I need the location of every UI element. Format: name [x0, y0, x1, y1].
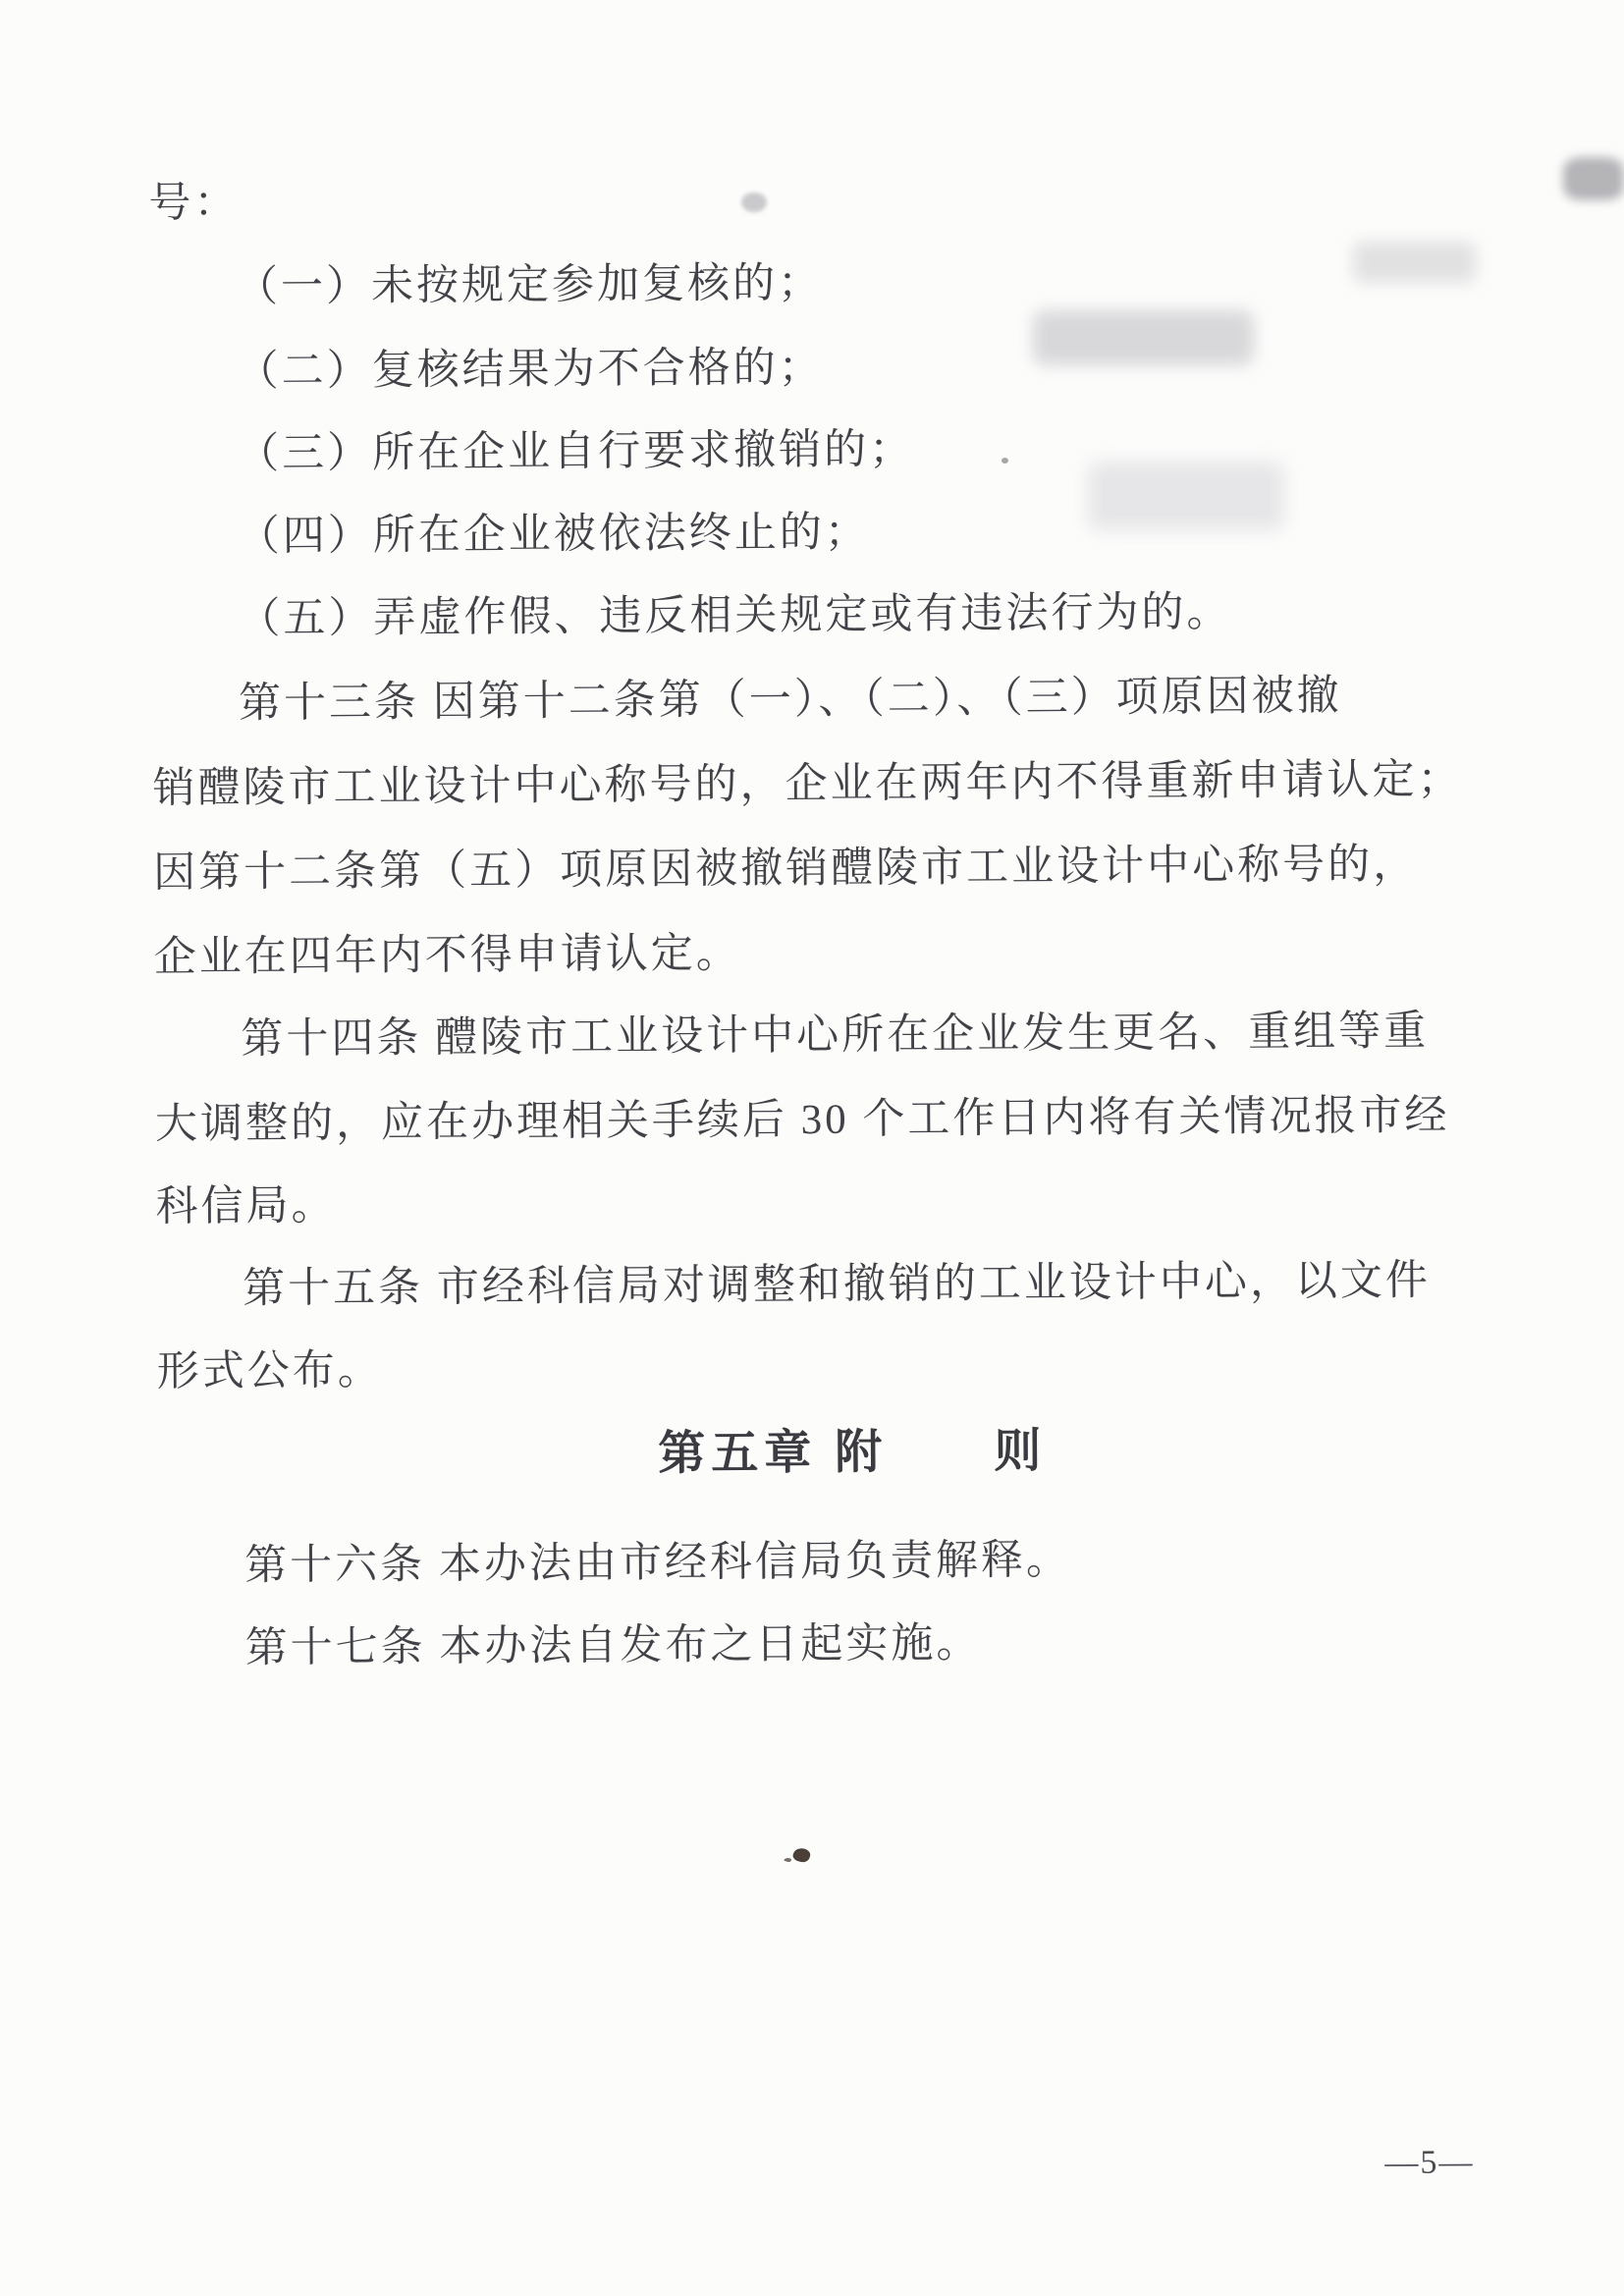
page-number: —5— — [1384, 2144, 1474, 2182]
doc-line-15: 形式公布。 — [156, 1329, 1491, 1397]
scanned-document-page: 号： （一）未按规定参加复核的； （二）复核结果为不合格的； （三）所在企业自行… — [0, 0, 1624, 2296]
chapter-heading: 第五章 附 则 — [185, 1409, 1520, 1486]
doc-line-7: 第十三条 因第十二条第（一）、（二）、（三）项原因被撤 — [239, 661, 1488, 730]
doc-line-5: （四）所在企业被依法终止的； — [238, 494, 1487, 563]
document-text-block: 号： （一）未按规定参加复核的； （二）复核结果为不合格的； （三）所在企业自行… — [0, 0, 1624, 2296]
doc-line-10: 企业在四年内不得申请认定。 — [154, 914, 1489, 983]
doc-line-12: 大调整的，应在办理相关手续后 30 个工作日内将有关情况报市经 — [155, 1081, 1490, 1150]
doc-line-11: 第十四条 醴陵市工业设计中心所在企业发生更名、重组等重 — [241, 997, 1489, 1066]
doc-line-2: （一）未按规定参加复核的； — [236, 245, 1485, 313]
doc-line-17: 第十七条 本办法自发布之日起实施。 — [244, 1606, 1493, 1674]
doc-line-6: （五）弄虚作假、违反相关规定或有违法行为的。 — [238, 576, 1487, 645]
doc-line-16: 第十六条 本办法由市经科信局负责解释。 — [244, 1523, 1493, 1592]
doc-line-8: 销醴陵市工业设计中心称号的，企业在两年内不得重新申请认定； — [152, 745, 1488, 814]
doc-line-9: 因第十二条第（五）项原因被撤销醴陵市工业设计中心称号的， — [153, 830, 1489, 899]
doc-line-14: 第十五条 市经科信局对调整和撤销的工业设计中心，以文件 — [243, 1246, 1491, 1315]
doc-line-3: （二）复核结果为不合格的； — [236, 329, 1485, 398]
doc-line-1: 号： — [148, 160, 1484, 229]
doc-line-13: 科信局。 — [155, 1164, 1490, 1232]
doc-line-4: （三）所在企业自行要求撤销的； — [237, 411, 1486, 480]
